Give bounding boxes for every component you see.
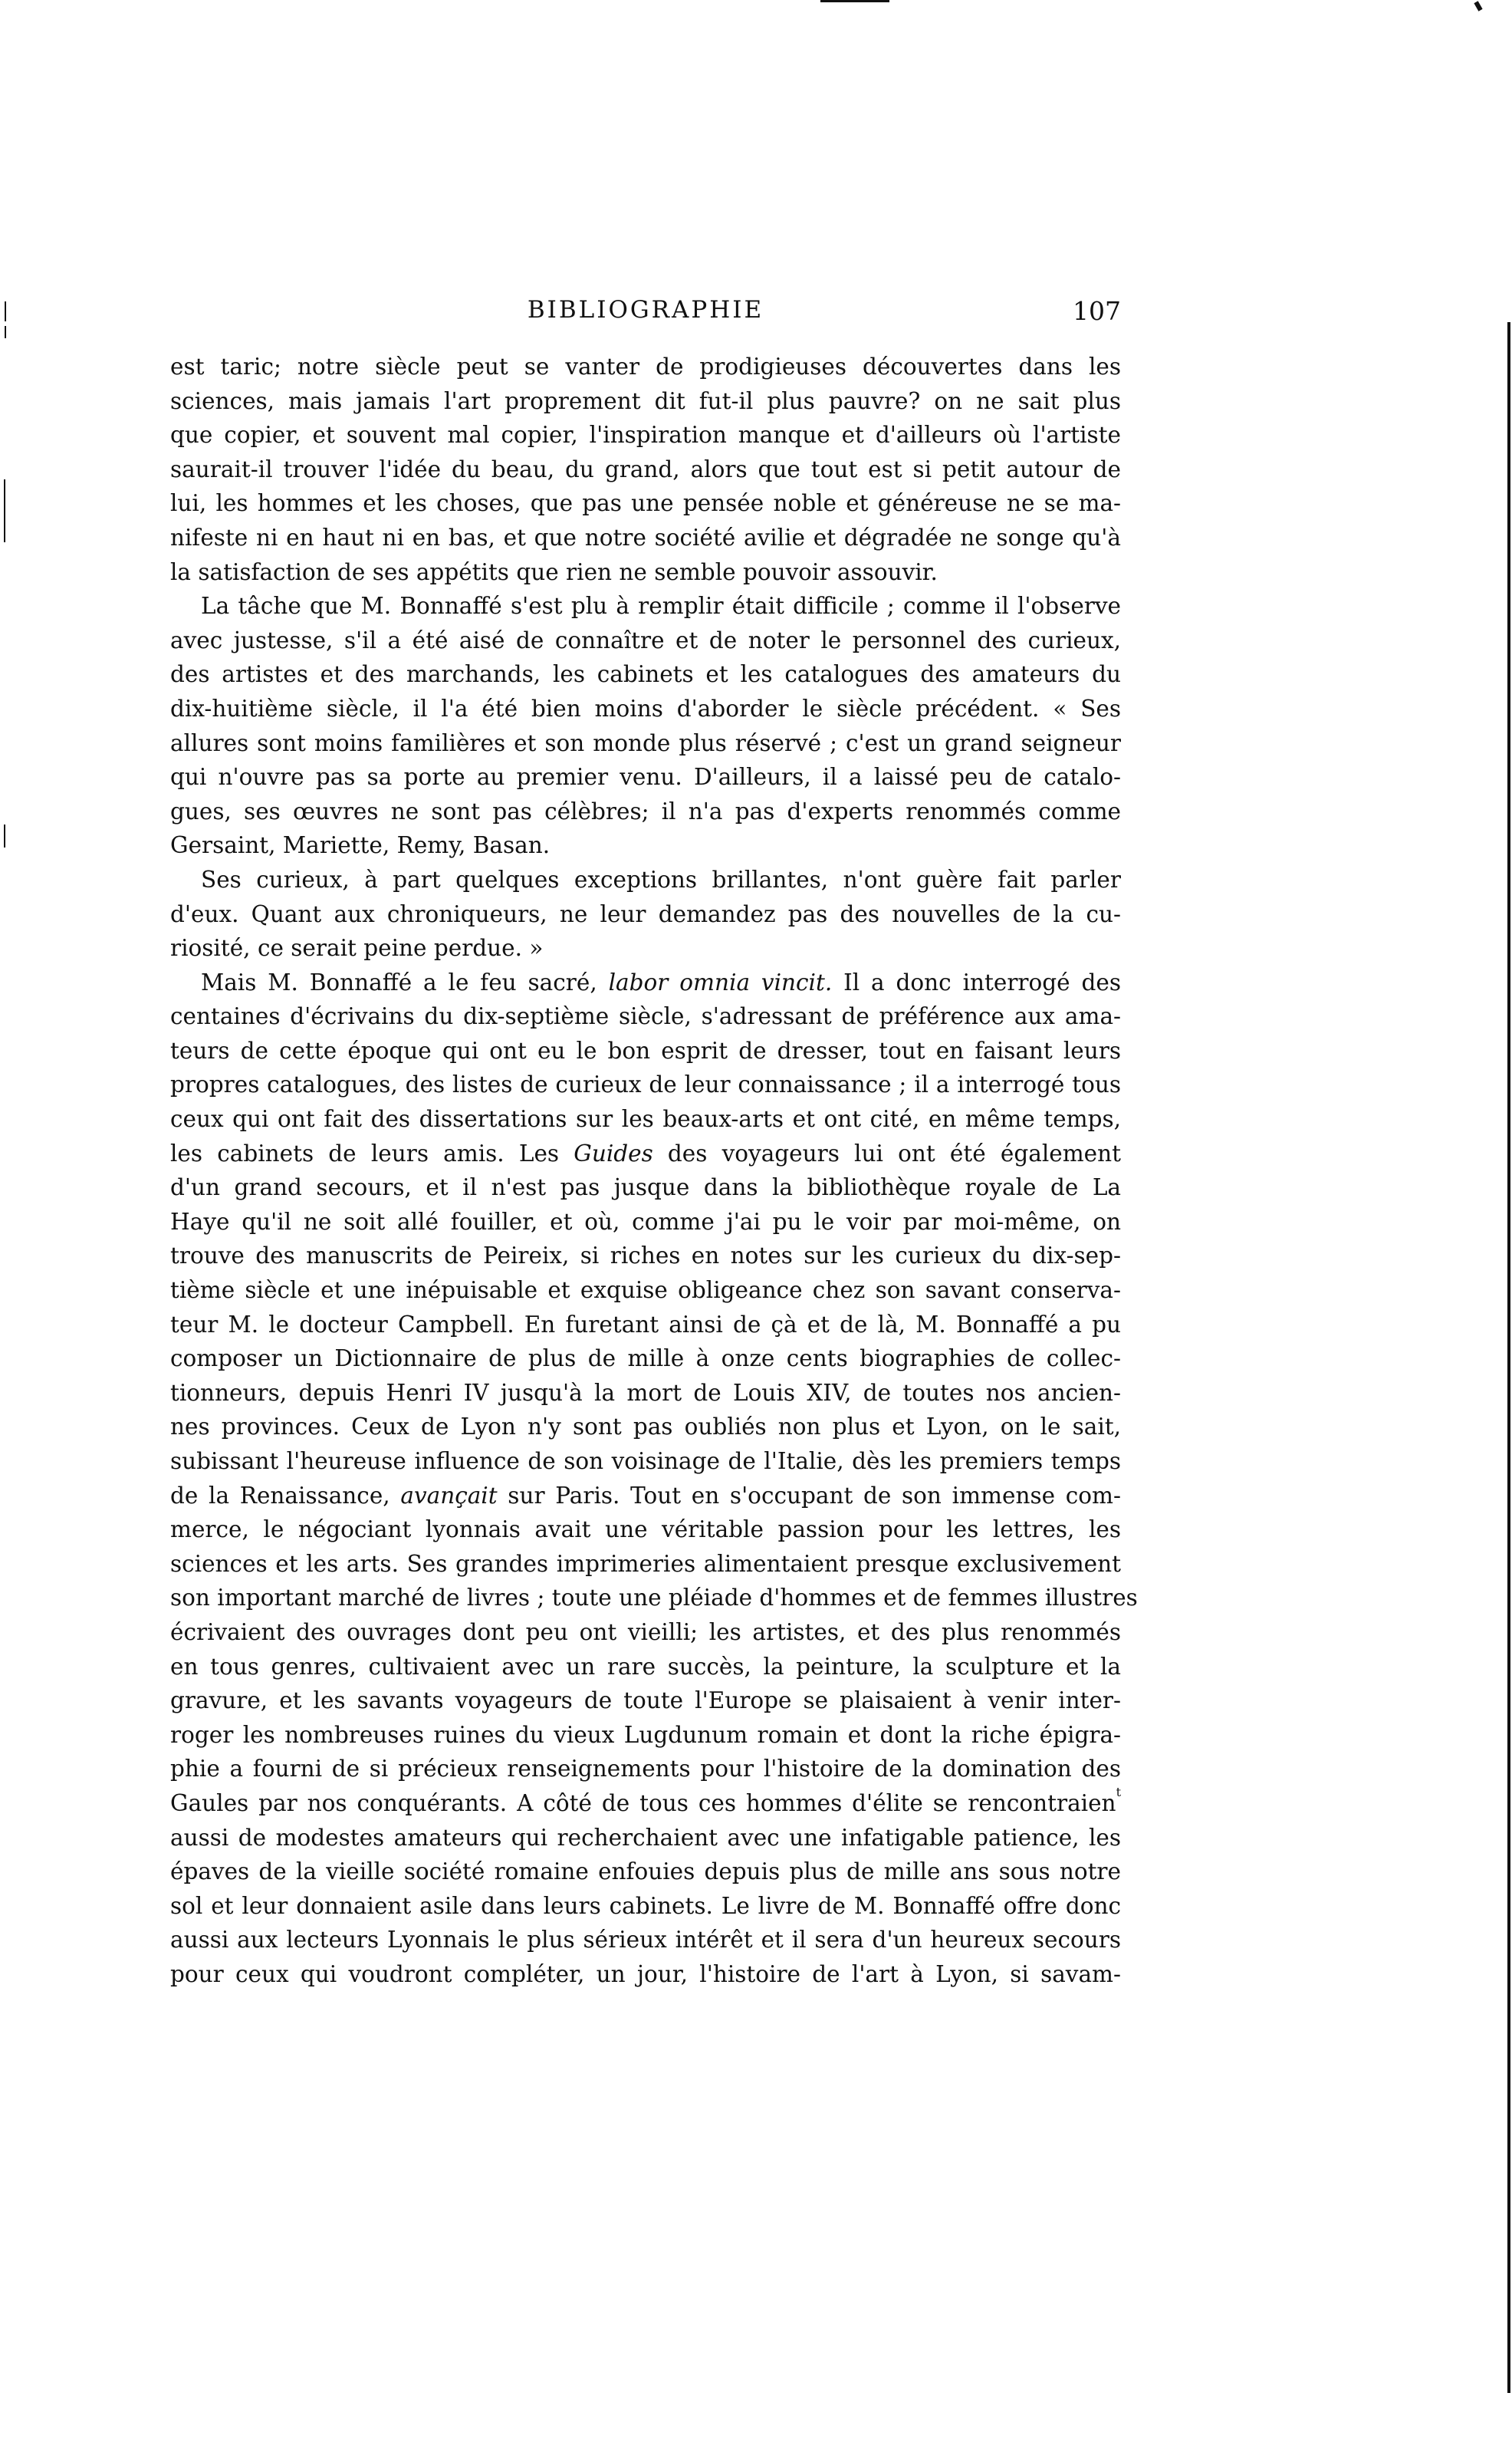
text-line: Ses curieux, à part quelques exceptions … [170,863,1121,897]
text-line: trouve des manuscrits de Peireix, si ric… [170,1239,1121,1273]
text-line: des artistes et des marchands, les cabin… [170,657,1121,692]
text-line: est taric; notre siècle peut se vanter d… [170,350,1121,384]
text-line: gues, ses œuvres ne sont pas célèbres; i… [170,795,1121,829]
text-line: nes provinces. Ceux de Lyon n'y sont pas… [170,1410,1121,1444]
text-line: de la Renaissance, avançait sur Paris. T… [170,1479,1121,1513]
scan-edge-left-2 [5,326,6,338]
text-line: d'eux. Quant aux chroniqueurs, ne leur d… [170,897,1121,932]
text-run: Gaules par nos conquérants. A côté de to… [170,1790,1116,1816]
text-line: épaves de la vieille société romaine enf… [170,1855,1121,1889]
text-line: pour ceux qui voudront compléter, un jou… [170,1957,1121,1992]
text-line: riosité, ce serait peine perdue. » [170,931,1121,966]
scan-edge-left-3 [4,479,5,542]
text-line: Gersaint, Mariette, Remy, Basan. [170,828,1121,863]
italic-run: Guides [574,1141,652,1167]
text-line: La tâche que M. Bonnaffé s'est plu à rem… [170,589,1121,624]
text-line: avec justesse, s'il a été aisé de connaî… [170,624,1121,658]
scan-edge-top [820,0,889,2]
scan-edge-right [1507,322,1510,2393]
text-run: les cabinets de leurs amis. Les [170,1141,574,1167]
text-line: son important marché de livres ; toute u… [170,1581,1121,1615]
text-line: composer un Dictionnaire de plus de mill… [170,1341,1121,1376]
text-line: sciences, mais jamais l'art proprement d… [170,384,1121,419]
text-line: Mais M. Bonnaffé a le feu sacré, labor o… [170,966,1121,1000]
scan-edge-left-4 [4,825,5,848]
text-line: que copier, et souvent mal copier, l'ins… [170,418,1121,453]
text-line: dix-huitième siècle, il l'a été bien moi… [170,692,1121,726]
italic-run: avançait [400,1483,497,1509]
text-line: gravure, et les savants voyageurs de tou… [170,1684,1121,1718]
text-line: tième siècle et une inépuisable et exqui… [170,1273,1121,1308]
text-line: ceux qui ont fait des dissertations sur … [170,1102,1121,1137]
text-run: de la Renaissance, [170,1483,400,1509]
text-line: subissant l'heureuse influence de son vo… [170,1444,1121,1479]
body-text: est taric; notre siècle peut se vanter d… [170,350,1121,1992]
text-line: aussi de modestes amateurs qui rechercha… [170,1821,1121,1855]
text-line: teur M. le docteur Campbell. En furetant… [170,1308,1121,1342]
text-line: saurait-il trouver l'idée du beau, du gr… [170,453,1121,487]
text-line: lui, les hommes et les choses, que pas u… [170,486,1121,521]
page-number: 107 [1073,296,1121,326]
text-line: qui n'ouvre pas sa porte au premier venu… [170,760,1121,795]
text-run: sur Paris. Tout en s'occupant de son imm… [498,1483,1121,1509]
text-line: écrivaient des ouvrages dont peu ont vie… [170,1615,1121,1650]
superscript-run: t [1116,1785,1121,1799]
text-line: teurs de cette époque qui ont eu le bon … [170,1034,1121,1068]
text-line: sol et leur donnaient asile dans leurs c… [170,1889,1121,1924]
text-line: sciences et les arts. Ses grandes imprim… [170,1547,1121,1582]
italic-run: labor omnia vincit. [609,969,833,996]
text-line: Gaules par nos conquérants. A côté de to… [170,1786,1121,1821]
text-run: des voyageurs lui ont été également [653,1141,1121,1167]
text-line: propres catalogues, des listes de curieu… [170,1068,1121,1102]
text-line: phie a fourni de si précieux renseigneme… [170,1752,1121,1786]
text-line: allures sont moins familières et son mon… [170,726,1121,761]
page-header: BIBLIOGRAPHIE 107 [170,296,1121,333]
text-line: les cabinets de leurs amis. Les Guides d… [170,1137,1121,1171]
text-line: Haye qu'il ne soit allé fouiller, et où,… [170,1205,1121,1239]
text-line: tionneurs, depuis Henri IV jusqu'à la mo… [170,1376,1121,1410]
scan-edge-left-1 [5,301,6,321]
text-line: nifeste ni en haut ni en bas, et que not… [170,521,1121,555]
text-line: centaines d'écrivains du dix-septième si… [170,999,1121,1034]
text-run: Il a donc interrogé des [832,969,1121,996]
text-line: merce, le négociant lyonnais avait une v… [170,1512,1121,1547]
text-run: Mais M. Bonnaffé a le feu sacré, [201,969,609,996]
text-line: roger les nombreuses ruines du vieux Lug… [170,1718,1121,1753]
text-line: d'un grand secours, et il n'est pas jusq… [170,1170,1121,1205]
text-line: la satisfaction de ses appétits que rien… [170,555,1121,590]
corner-mark [1474,1,1482,11]
text-line: en tous genres, cultivaient avec un rare… [170,1650,1121,1684]
running-head: BIBLIOGRAPHIE [170,296,1121,324]
text-line: aussi aux lecteurs Lyonnais le plus séri… [170,1923,1121,1957]
